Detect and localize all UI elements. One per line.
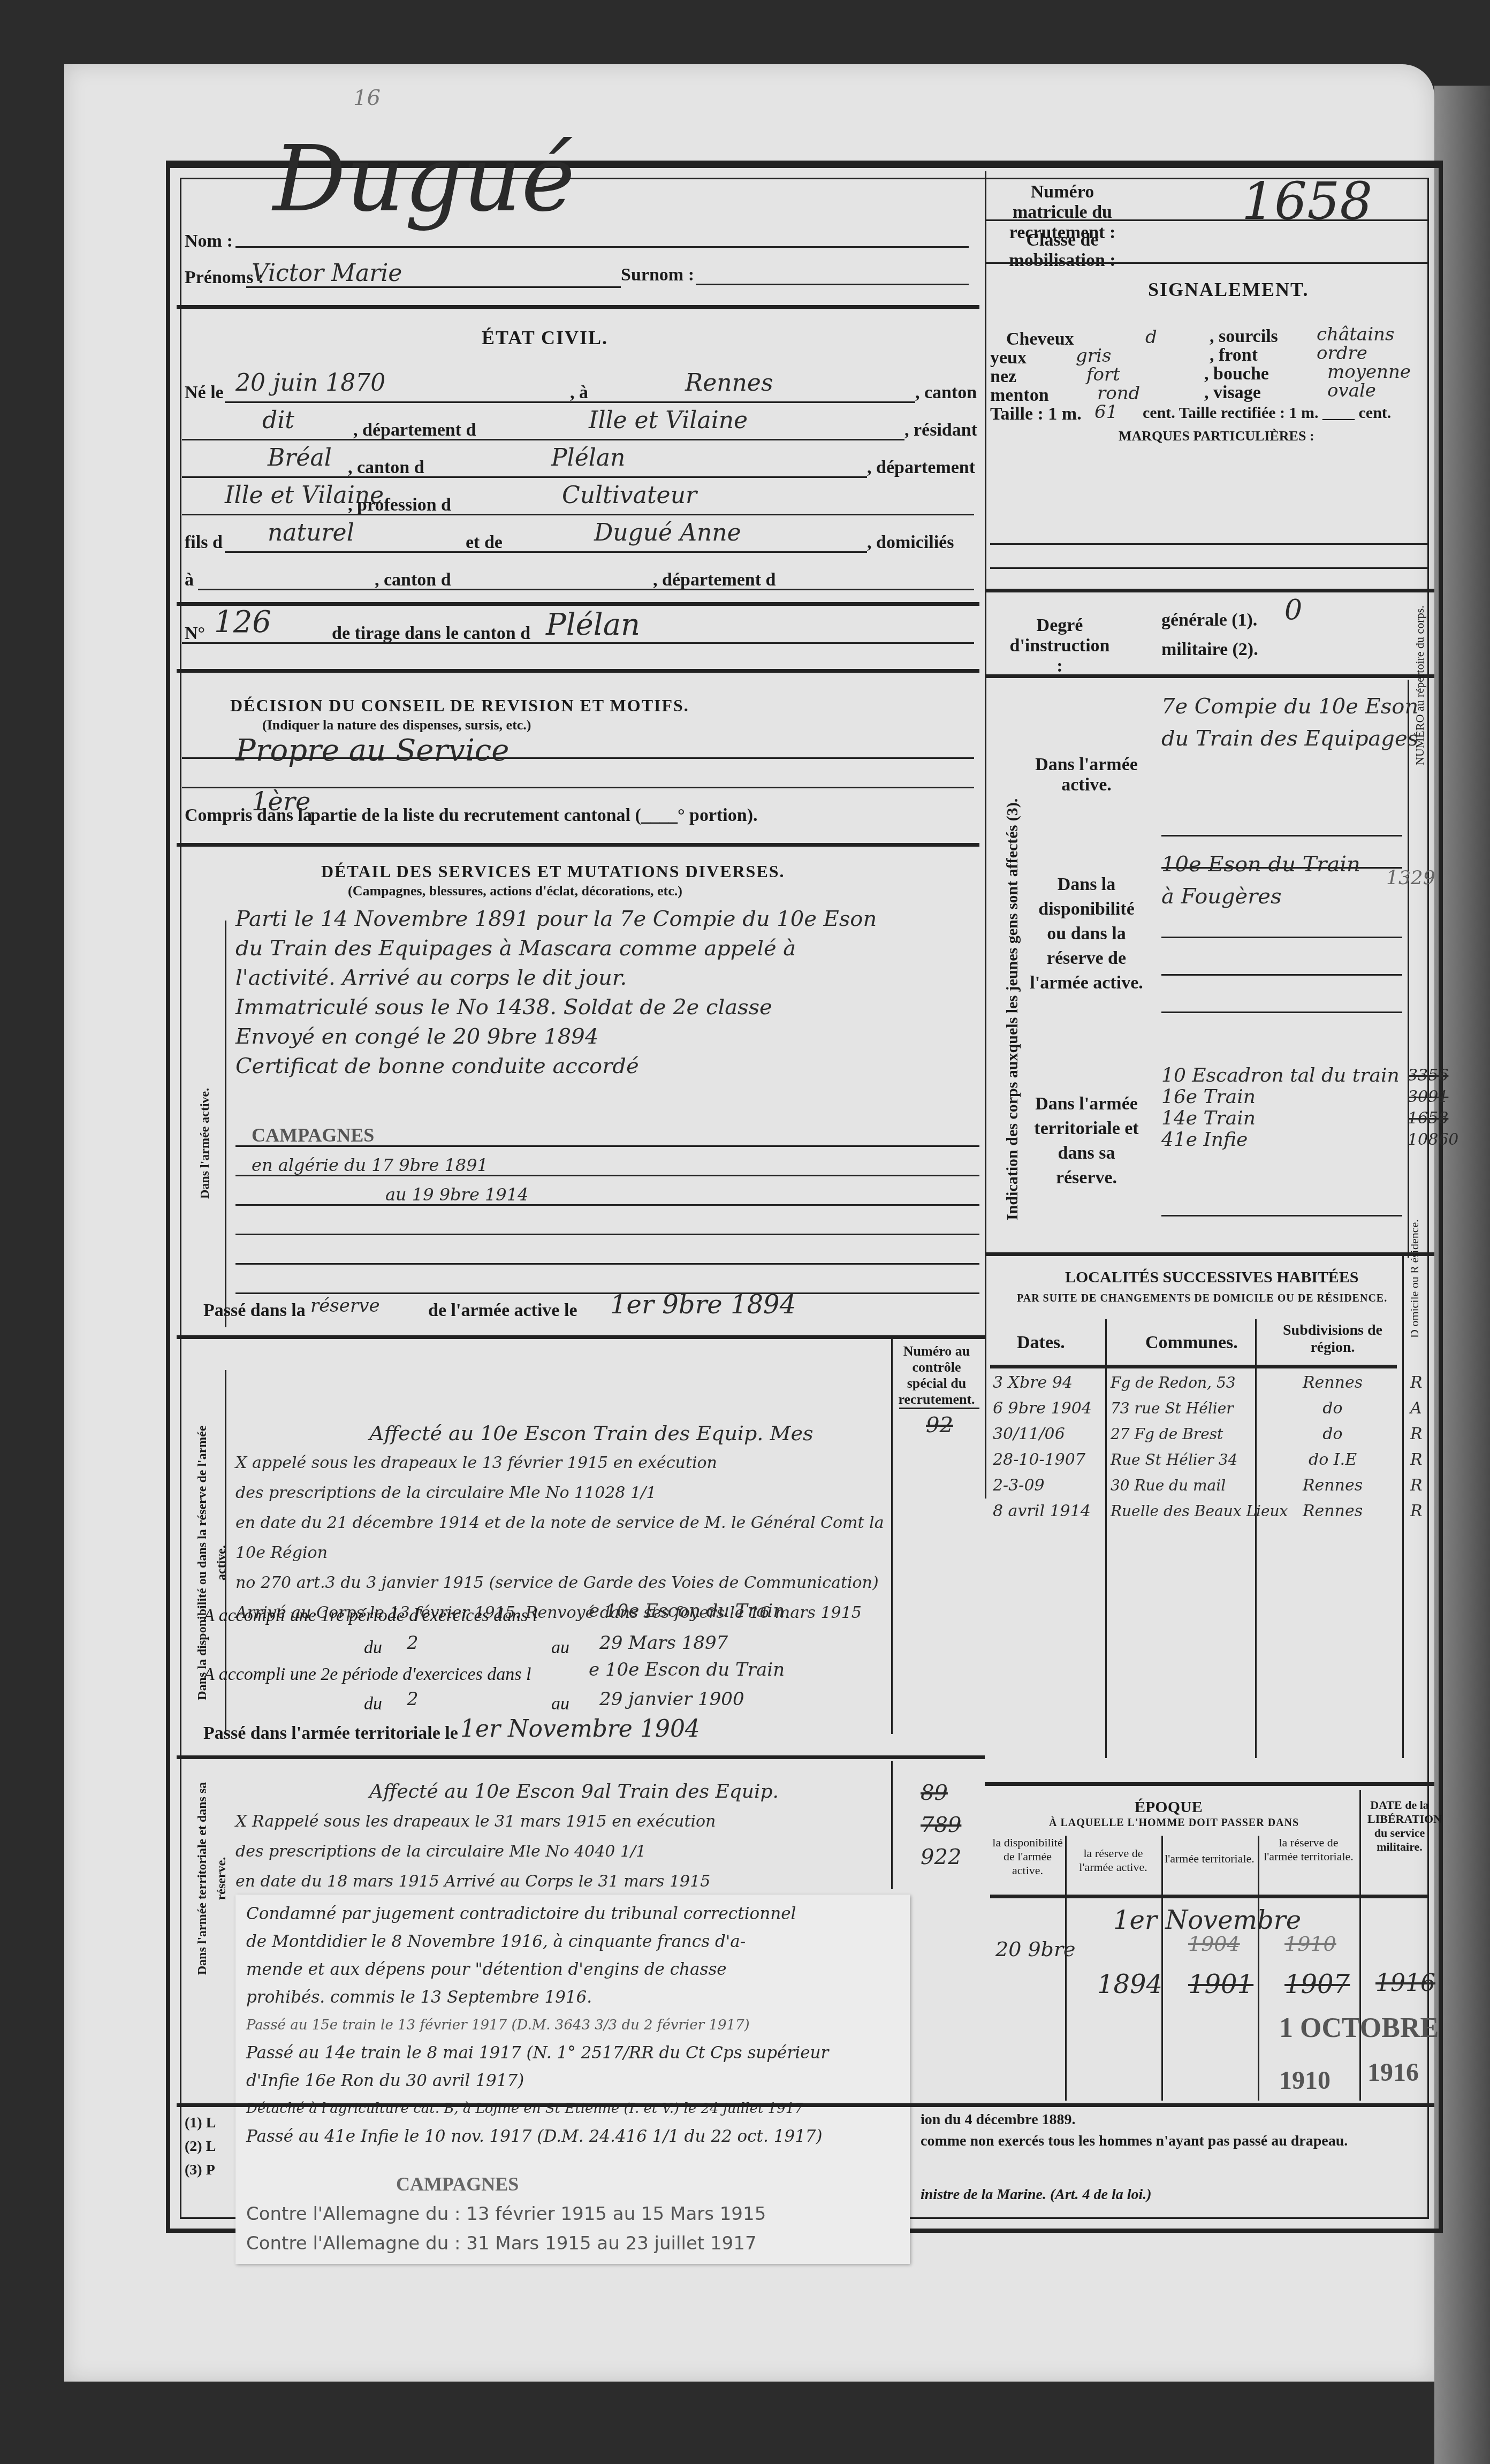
canton-d-label: , canton d bbox=[348, 458, 424, 478]
profession-label: , profession d bbox=[348, 495, 451, 515]
periode1-au-value: 29 Mars 1897 bbox=[599, 1632, 728, 1654]
decision-subtitle: (Indiquer la nature des dispenses, sursi… bbox=[262, 717, 531, 733]
departement-value: Ille et Vilaine bbox=[589, 407, 748, 434]
passe-reserve-mid: de l'armée active le bbox=[428, 1301, 577, 1321]
fils-value: naturel bbox=[268, 519, 354, 546]
localites-dates: 3 Xbre 94 6 9bre 1904 30/11/06 28-10-190… bbox=[993, 1370, 1092, 1524]
cheveux-value: d bbox=[1145, 326, 1157, 348]
passe-territoriale-label: Passé dans l'armée territoriale le bbox=[203, 1723, 458, 1744]
decision-value: Propre au Service bbox=[235, 733, 509, 768]
a-label: , à bbox=[570, 383, 588, 403]
a-value: Rennes bbox=[685, 369, 773, 397]
marques-label: MARQUES PARTICULIÈRES : bbox=[1119, 428, 1314, 444]
corps-territoriale-label: Dans l'armée territoriale et dans sa rés… bbox=[1028, 1092, 1145, 1190]
nez-value: fort bbox=[1086, 364, 1120, 385]
departement2-label: , département bbox=[867, 458, 975, 478]
passe-reserve-value: réserve bbox=[310, 1295, 380, 1317]
periode2-value: e 10e Escon du Train bbox=[589, 1659, 785, 1680]
epoque-subtitle: À LAQUELLE L'HOMME DOIT PASSER DANS bbox=[1049, 1817, 1299, 1829]
localites-types: R A R R R R bbox=[1410, 1370, 1423, 1524]
taille-label: Taille : 1 m. bbox=[990, 404, 1082, 424]
domicilies-label: , domiciliés bbox=[867, 533, 954, 553]
epoque-territoriale-struck: 1904 bbox=[1188, 1932, 1240, 1956]
et-de-value: Dugué Anne bbox=[594, 519, 741, 546]
epoque-disponibilite: 20 9bre bbox=[995, 1937, 1076, 1961]
nom-value: Dugué bbox=[273, 134, 575, 225]
periode1-label: A accompli une 1re période d'exercices d… bbox=[203, 1606, 537, 1626]
epoque-reserve-territoriale-struck: 1910 bbox=[1284, 1932, 1336, 1956]
territoriale-lines: Affecté au 10e Escon 9al Train des Equip… bbox=[235, 1777, 888, 1897]
periode2-du: du bbox=[364, 1694, 382, 1714]
corps-territoriale-numeros: 3356 3091 1658 10860 bbox=[1408, 1065, 1458, 1151]
yeux-value: gris bbox=[1076, 345, 1111, 367]
corps-side-label: Indication des corps auxquels les jeunes… bbox=[1004, 798, 1022, 1220]
epoque-liberation: 1916 bbox=[1375, 1969, 1435, 1997]
prenoms-value: Victor Marie bbox=[252, 260, 402, 287]
passe-reserve-label: Passé dans la bbox=[203, 1301, 306, 1321]
localites-header-subdivisions: Subdivisions de région. bbox=[1279, 1322, 1386, 1356]
bouche-label: , bouche bbox=[1204, 364, 1269, 384]
et-de-label: et de bbox=[466, 533, 503, 553]
menton-label: menton bbox=[990, 385, 1049, 406]
localites-subtitle: PAR SUITE DE CHANGEMENTS DE DOMICILE OU … bbox=[1017, 1292, 1387, 1305]
numero-controle-header: Numéro au contrôle spécial du recrutemen… bbox=[896, 1343, 977, 1408]
menton-value: rond bbox=[1097, 383, 1140, 404]
residant-a-value: Bréal bbox=[268, 444, 332, 471]
tirage-canton-value: Plélan bbox=[546, 607, 640, 642]
periode2-du-value: 2 bbox=[407, 1689, 419, 1710]
visage-label: , visage bbox=[1204, 383, 1261, 403]
localites-header-dates: Dates. bbox=[1017, 1333, 1065, 1353]
instruction-generale-value: 0 bbox=[1284, 594, 1302, 626]
matricule-value: 1658 bbox=[1242, 171, 1372, 231]
cheveux-label: Cheveux bbox=[1006, 329, 1074, 349]
periode1-du-value: 2 bbox=[407, 1632, 419, 1654]
ne-le-value: 20 juin 1870 bbox=[235, 369, 385, 397]
departement-label: , département d bbox=[353, 420, 476, 440]
stamp-liberation: 1916 bbox=[1367, 2058, 1419, 2087]
footnote-3: inistre de la Marine. (Art. 4 de la loi.… bbox=[921, 2186, 1152, 2203]
localites-title: LOCALITÉS SUCCESSIVES HABITÉES bbox=[1065, 1268, 1359, 1287]
disponibilite-lines: Affecté au 10e Escon Train des Equip. Me… bbox=[235, 1418, 888, 1628]
slip-lines: Condamné par jugement contradictoire du … bbox=[246, 1900, 904, 2150]
services-title: DÉTAIL DES SERVICES ET MUTATIONS DIVERSE… bbox=[321, 862, 785, 881]
periode2-label: A accompli une 2e période d'exercices da… bbox=[203, 1664, 531, 1685]
localites-header-communes: Communes. bbox=[1145, 1333, 1238, 1353]
front-label: , front bbox=[1210, 345, 1258, 366]
sourcils-label: , sourcils bbox=[1210, 326, 1278, 347]
passe-territoriale-value: 1er Novembre 1904 bbox=[460, 1715, 700, 1743]
localites-communes: Fg de Redon, 53 73 rue St Hélier 27 Fg d… bbox=[1111, 1370, 1288, 1524]
signalement-title: SIGNALEMENT. bbox=[1148, 278, 1309, 301]
instruction-generale-label: générale (1). bbox=[1161, 610, 1257, 630]
front-value: ordre bbox=[1317, 343, 1367, 364]
tirage-no-label: N° bbox=[185, 623, 205, 644]
corps-disponibilite-numero: 1329 bbox=[1386, 867, 1435, 889]
taille-suffix: cent. Taille rectifiée : 1 m. ____ cent. bbox=[1143, 404, 1391, 422]
corps-disponibilite-label: Dans la disponibilité ou dans la réserve… bbox=[1028, 872, 1145, 995]
corps-active-label: Dans l'armée active. bbox=[1033, 755, 1140, 795]
corps-disponibilite-lines: 10e Eson du Train à Fougères bbox=[1161, 848, 1360, 912]
sourcils-value: châtains bbox=[1317, 324, 1394, 345]
surnom-label: Surnom : bbox=[621, 265, 694, 285]
periode1-value: e 10e Escon du Train bbox=[589, 1600, 785, 1622]
taille-value: 61 bbox=[1094, 401, 1117, 423]
d-value: dit bbox=[262, 407, 294, 434]
compris-suffix: partie de la liste du recrutement canton… bbox=[310, 805, 757, 826]
active-lines: Parti le 14 Novembre 1891 pour la 7e Com… bbox=[235, 904, 877, 1081]
localites-side-header: D omicile ou R ésidence. bbox=[1408, 1219, 1421, 1338]
footnote-2: comme non exercés tous les hommes n'ayan… bbox=[921, 2133, 1348, 2150]
epoque-reserve-territoriale: 1907 bbox=[1284, 1969, 1350, 1999]
periode2-au-value: 29 janvier 1900 bbox=[599, 1689, 744, 1710]
instruction-militaire-label: militaire (2). bbox=[1161, 640, 1258, 660]
epoque-title: ÉPOQUE bbox=[1135, 1798, 1203, 1816]
epoque-reserve-active: 1894 bbox=[1097, 1969, 1162, 1999]
campagnes-stamp: CAMPAGNES bbox=[252, 1124, 374, 1146]
localites-subdivisions: Rennes do do do I.E Rennes Rennes bbox=[1284, 1370, 1381, 1524]
bouche-value: moyenne bbox=[1327, 361, 1411, 383]
ne-le-label: Né le bbox=[185, 383, 224, 403]
classe-label: Classe de mobilisation : bbox=[995, 230, 1129, 271]
nom-label: Nom : bbox=[185, 231, 233, 252]
territoriale-numeros: 89 789 922 bbox=[921, 1777, 961, 1873]
passe-reserve-date: 1er 9bre 1894 bbox=[610, 1290, 796, 1320]
canton-label: , canton bbox=[915, 383, 977, 403]
stamp-octobre: 1 OCTOBRE bbox=[1279, 2012, 1439, 2044]
epoque-territoriale: 1901 bbox=[1188, 1969, 1253, 1999]
epoque-header-disponibilite: la disponibilité de l'armée active. bbox=[990, 1836, 1065, 1877]
campagnes-lines: en algérie du 17 9bre 1891 au 19 9bre 19… bbox=[252, 1151, 528, 1210]
epoque-header-territoriale: l'armée territoriale. bbox=[1164, 1852, 1255, 1866]
nez-label: nez bbox=[990, 367, 1016, 387]
yeux-label: yeux bbox=[990, 348, 1027, 368]
footnote-1: ion du 4 décembre 1889. bbox=[921, 2111, 1076, 2128]
numero-controle-value: 92 bbox=[926, 1413, 953, 1438]
profession-value: Cultivateur bbox=[562, 482, 697, 509]
slip-campagnes-lines: Contre l'Allemagne du : 13 février 1915 … bbox=[246, 2200, 766, 2258]
slip-campagnes-stamp: CAMPAGNES bbox=[396, 2173, 519, 2195]
epoque-header-reserve-territoriale: la réserve de l'armée territoriale. bbox=[1260, 1836, 1357, 1864]
pasted-annotation-slip: Condamné par jugement contradictoire du … bbox=[235, 1895, 910, 2264]
tirage-no-value: 126 bbox=[214, 605, 271, 640]
epoque-header-reserve-active: la réserve de l'armée active. bbox=[1068, 1846, 1159, 1874]
compris-value: 1ère bbox=[252, 787, 310, 817]
periode1-du: du bbox=[364, 1638, 382, 1658]
stamp-reserve-territoriale: 1910 bbox=[1279, 2066, 1331, 2095]
tirage-text: de tirage dans le canton d bbox=[332, 623, 530, 644]
corps-active-lines: 7e Compie du 10e Eson du Train des Equip… bbox=[1161, 690, 1418, 755]
decision-title: DÉCISION DU CONSEIL DE REVISION ET MOTIF… bbox=[230, 696, 689, 716]
page-mark: 16 bbox=[353, 86, 381, 110]
liberation-header: DATE de la LIBÉRATION du service militai… bbox=[1367, 1798, 1432, 1854]
services-subtitle: (Campagnes, blessures, actions d'éclat, … bbox=[348, 883, 682, 899]
periode1-au: au bbox=[551, 1638, 569, 1658]
side-territoriale: Dans l'armée territoriale et dans sa rés… bbox=[193, 1766, 231, 1991]
fils-label: fils d bbox=[185, 533, 223, 553]
visage-value: ovale bbox=[1327, 380, 1376, 401]
corps-territoriale-lines: 10 Escadron tal du train 16e Train 14e T… bbox=[1161, 1065, 1400, 1151]
etat-civil-title: ÉTAT CIVIL. bbox=[482, 326, 608, 349]
epoque-row-month: 1er Novembre bbox=[1113, 1905, 1301, 1935]
footnote-markers: (1) L (2) L (3) P bbox=[185, 2111, 216, 2182]
side-armee-active: Dans l'armée active. bbox=[198, 1088, 212, 1199]
periode2-au: au bbox=[551, 1694, 569, 1714]
canton-d-value: Plélan bbox=[551, 444, 625, 471]
residant-label: , résidant bbox=[904, 420, 977, 440]
instruction-label: Degré d'instruction : bbox=[1006, 615, 1113, 676]
